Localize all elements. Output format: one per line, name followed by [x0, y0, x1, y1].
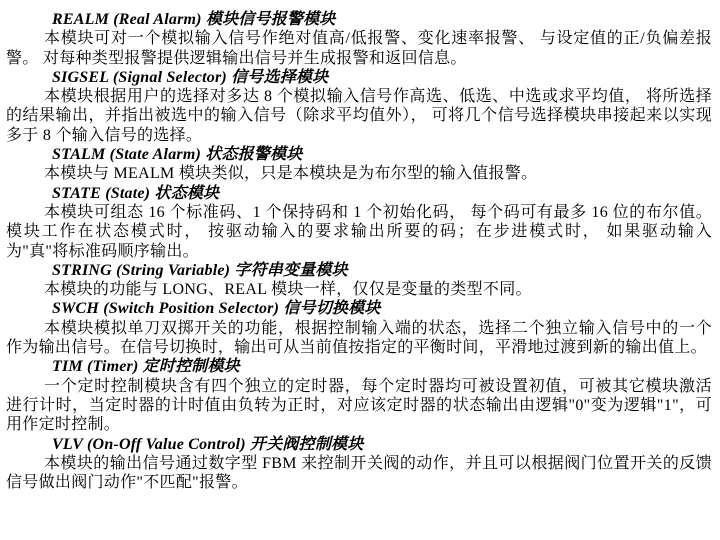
section-swch: SWCH (Switch Position Selector) 信号切换模块 本… [6, 299, 712, 357]
section-tim: TIM (Timer) 定时控制模块 一个定时控制模块含有四个独立的定时器，每个… [6, 357, 712, 434]
section-body: 本模块可组态 16 个标准码、1 个保持码和 1 个初始化码， 每个码可有最多 … [6, 203, 712, 261]
section-heading: STALM (State Alarm) 状态报警模块 [6, 145, 712, 164]
section-heading: STATE (State) 状态模块 [6, 184, 712, 203]
section-body: 本模块模拟单刀双掷开关的功能，根据控制输入端的状态，选择二个独立输入信号中的一个… [6, 319, 712, 358]
section-heading: SWCH (Switch Position Selector) 信号切换模块 [6, 299, 712, 318]
section-heading: VLV (On-Off Value Control) 开关阀控制模块 [6, 435, 712, 454]
section-string: STRING (String Variable) 字符串变量模块 本模块的功能与… [6, 261, 712, 300]
document-page: REALM (Real Alarm) 模块信号报警模块 本模块可对一个模拟输入信… [0, 0, 720, 540]
section-body: 本模块与 MEALM 模块类似，只是本模块是为布尔型的输入值报警。 [6, 164, 712, 183]
section-heading: TIM (Timer) 定时控制模块 [6, 357, 712, 376]
section-body: 本模块的输出信号通过数字型 FBM 来控制开关阀的动作，并且可以根据阀门位置开关… [6, 454, 712, 493]
section-body: 本模块的功能与 LONG、REAL 模块一样，仅仅是变量的类型不同。 [6, 280, 712, 299]
section-realm: REALM (Real Alarm) 模块信号报警模块 本模块可对一个模拟输入信… [6, 10, 712, 68]
section-body: 本模块可对一个模拟输入信号作绝对值高/低报警、变化速率报警、 与设定值的正/负偏… [6, 29, 712, 68]
section-state: STATE (State) 状态模块 本模块可组态 16 个标准码、1 个保持码… [6, 184, 712, 261]
section-vlv: VLV (On-Off Value Control) 开关阀控制模块 本模块的输… [6, 435, 712, 493]
section-body: 本模块根据用户的选择对多达 8 个模拟输入信号作高选、低选、中选或求平均值， 将… [6, 87, 712, 145]
section-heading: SIGSEL (Signal Selector) 信号选择模块 [6, 68, 712, 87]
section-heading: STRING (String Variable) 字符串变量模块 [6, 261, 712, 280]
section-sigsel: SIGSEL (Signal Selector) 信号选择模块 本模块根据用户的… [6, 68, 712, 145]
section-heading: REALM (Real Alarm) 模块信号报警模块 [6, 10, 712, 29]
section-stalm: STALM (State Alarm) 状态报警模块 本模块与 MEALM 模块… [6, 145, 712, 184]
section-body: 一个定时控制模块含有四个独立的定时器，每个定时器均可被设置初值，可被其它模块激活… [6, 377, 712, 435]
